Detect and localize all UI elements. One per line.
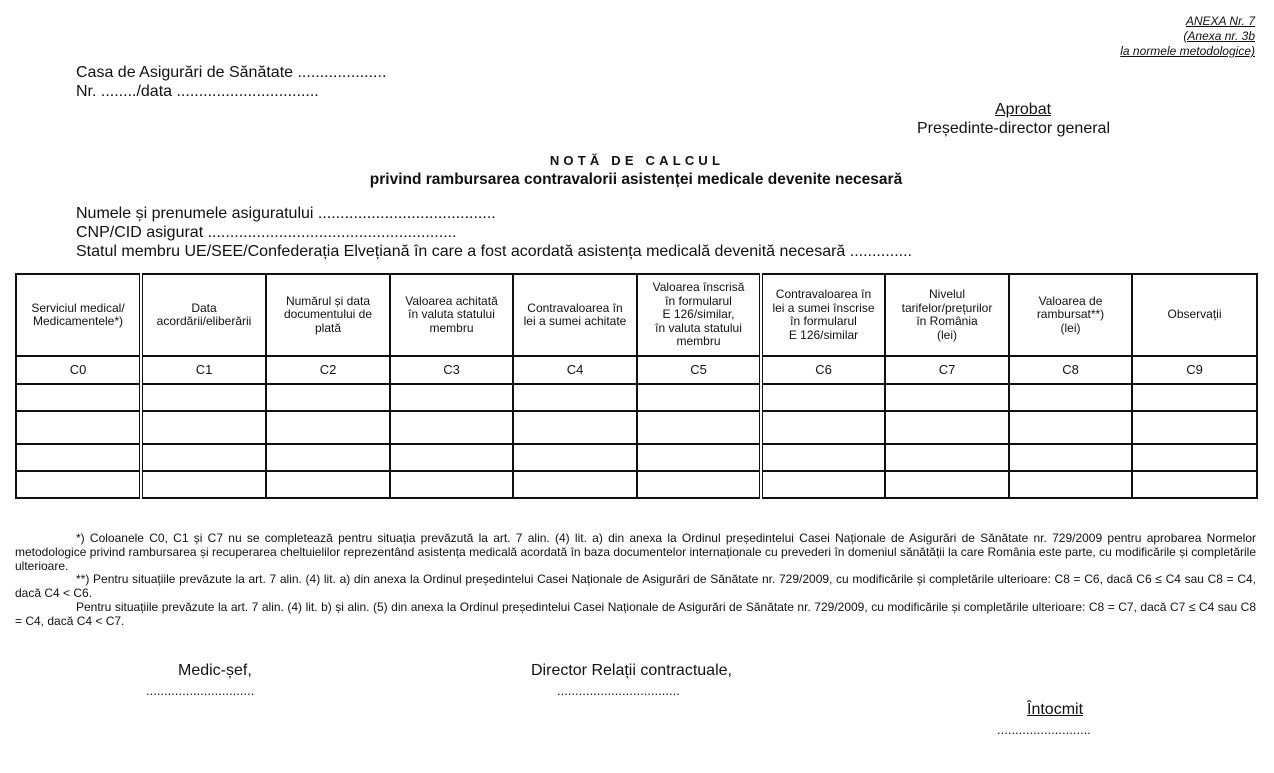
- table-row-cell-c6[interactable]: [761, 471, 885, 498]
- table-row-cell-c0[interactable]: [16, 471, 141, 498]
- table-code-row-cell-c4: C4: [513, 356, 637, 384]
- table-row-cell-c6[interactable]: [761, 384, 885, 411]
- table-row-cell-c9[interactable]: [1132, 444, 1257, 471]
- table-row: [16, 411, 1257, 444]
- table-row-cell-c8[interactable]: [1009, 384, 1132, 411]
- table-row-cell-c2[interactable]: [266, 411, 390, 444]
- table-row-cell-c7[interactable]: [885, 444, 1009, 471]
- annex-line-3: la normele metodologice): [1120, 44, 1255, 59]
- table-code-row-cell-c3: C3: [390, 356, 513, 384]
- table-row-cell-c0[interactable]: [16, 411, 141, 444]
- table-header-row-cell-c8: Valoarea derambursat**)(lei): [1009, 274, 1132, 356]
- table-header-row-cell-c3: Valoarea achitatăîn valuta statuluimembr…: [390, 274, 513, 356]
- table-row-cell-c2[interactable]: [266, 384, 390, 411]
- table-header-row-cell-c7: Nivelultarifelor/prețurilorîn România(le…: [885, 274, 1009, 356]
- table-row-cell-c1[interactable]: [141, 384, 266, 411]
- chief-physician-label: Medic-șef,: [178, 661, 252, 680]
- table-row: [16, 384, 1257, 411]
- table-row-cell-c3[interactable]: [390, 471, 513, 498]
- table-row-cell-c8[interactable]: [1009, 471, 1132, 498]
- insured-cnp-field[interactable]: CNP/CID asigurat .......................…: [76, 223, 457, 242]
- table-row-cell-c2[interactable]: [266, 444, 390, 471]
- table-row-cell-c6[interactable]: [761, 444, 885, 471]
- footnote-3: Pentru situațiile prevăzute la art. 7 al…: [15, 601, 1256, 629]
- table-row-cell-c4[interactable]: [513, 471, 637, 498]
- table-code-row-cell-c2: C2: [266, 356, 390, 384]
- table-row-cell-c6[interactable]: [761, 411, 885, 444]
- table-row-cell-c1[interactable]: [141, 411, 266, 444]
- number-date-field[interactable]: Nr. ......../data ......................…: [76, 82, 319, 101]
- table-row-cell-c1[interactable]: [141, 444, 266, 471]
- table-row-cell-c0[interactable]: [16, 444, 141, 471]
- footnote-1: *) Coloanele C0, C1 și C7 nu se complete…: [15, 532, 1256, 573]
- annex-line-1: ANEXA Nr. 7: [1120, 14, 1255, 29]
- table-row-cell-c3[interactable]: [390, 411, 513, 444]
- table-row: [16, 444, 1257, 471]
- director-label: Director Relații contractuale,: [531, 661, 732, 680]
- insurance-house-field[interactable]: Casa de Asigurări de Sănătate ..........…: [76, 63, 386, 82]
- approval-label: Aprobat: [995, 100, 1051, 119]
- table-row-cell-c1[interactable]: [141, 471, 266, 498]
- table-row-cell-c9[interactable]: [1132, 471, 1257, 498]
- table-row-cell-c5[interactable]: [637, 471, 761, 498]
- approval-role: Președinte-director general: [917, 119, 1110, 138]
- table-row-cell-c4[interactable]: [513, 411, 637, 444]
- table-row-cell-c0[interactable]: [16, 384, 141, 411]
- table-header-row-cell-c6: Contravaloarea înlei a sumei înscriseîn …: [761, 274, 885, 356]
- table-code-row-cell-c5: C5: [637, 356, 761, 384]
- member-state-field[interactable]: Statul membru UE/SEE/Confederația Elveți…: [76, 242, 912, 261]
- table-row-cell-c5[interactable]: [637, 411, 761, 444]
- table-row-cell-c4[interactable]: [513, 384, 637, 411]
- document-title: NOTĂ DE CALCUL: [0, 153, 1274, 168]
- table-row-cell-c3[interactable]: [390, 384, 513, 411]
- table-row: [16, 471, 1257, 498]
- table-row-cell-c2[interactable]: [266, 471, 390, 498]
- footnote-2: **) Pentru situațiile prevăzute la art. …: [15, 573, 1256, 601]
- annex-reference: ANEXA Nr. 7 (Anexa nr. 3b la normele met…: [1120, 14, 1255, 59]
- table-row-cell-c7[interactable]: [885, 471, 1009, 498]
- prepared-by-label: Întocmit: [1027, 700, 1083, 719]
- prepared-by-signature-line[interactable]: ..........................: [997, 720, 1091, 739]
- table-header-row-cell-c2: Numărul și datadocumentului deplată: [266, 274, 390, 356]
- table-code-row-cell-c6: C6: [761, 356, 885, 384]
- table-row-cell-c8[interactable]: [1009, 411, 1132, 444]
- table-code-row-cell-c1: C1: [141, 356, 266, 384]
- table-header-row-cell-c9: Observații: [1132, 274, 1257, 356]
- calculation-table: Serviciul medical/Medicamentele*)Dataaco…: [15, 273, 1258, 499]
- table-row-cell-c3[interactable]: [390, 444, 513, 471]
- table-code-row-cell-c9: C9: [1132, 356, 1257, 384]
- table-row-cell-c7[interactable]: [885, 384, 1009, 411]
- table-code-row-cell-c7: C7: [885, 356, 1009, 384]
- table-code-row-cell-c8: C8: [1009, 356, 1132, 384]
- annex-line-2: (Anexa nr. 3b: [1120, 29, 1255, 44]
- table-header-row-cell-c4: Contravaloarea înlei a sumei achitate: [513, 274, 637, 356]
- table-code-row: C0C1C2C3C4C5C6C7C8C9: [16, 356, 1257, 384]
- table-row-cell-c5[interactable]: [637, 444, 761, 471]
- table-row-cell-c4[interactable]: [513, 444, 637, 471]
- table-row-cell-c9[interactable]: [1132, 411, 1257, 444]
- table-row-cell-c8[interactable]: [1009, 444, 1132, 471]
- table-code-row-cell-c0: C0: [16, 356, 141, 384]
- table-header-row-cell-c1: Dataacordării/eliberării: [141, 274, 266, 356]
- insured-name-field[interactable]: Numele și prenumele asiguratului .......…: [76, 204, 496, 223]
- table-row-cell-c5[interactable]: [637, 384, 761, 411]
- table-row-cell-c7[interactable]: [885, 411, 1009, 444]
- director-signature-line[interactable]: ..................................: [557, 681, 680, 700]
- table-header-row-cell-c5: Valoarea înscrisăîn formularulE 126/simi…: [637, 274, 761, 356]
- document-subtitle: privind rambursarea contravalorii asiste…: [0, 171, 1272, 189]
- table-header-row: Serviciul medical/Medicamentele*)Dataaco…: [16, 274, 1257, 356]
- table-row-cell-c9[interactable]: [1132, 384, 1257, 411]
- chief-physician-signature-line[interactable]: ..............................: [146, 681, 254, 700]
- footnotes: *) Coloanele C0, C1 și C7 nu se complete…: [15, 532, 1256, 629]
- table-header-row-cell-c0: Serviciul medical/Medicamentele*): [16, 274, 141, 356]
